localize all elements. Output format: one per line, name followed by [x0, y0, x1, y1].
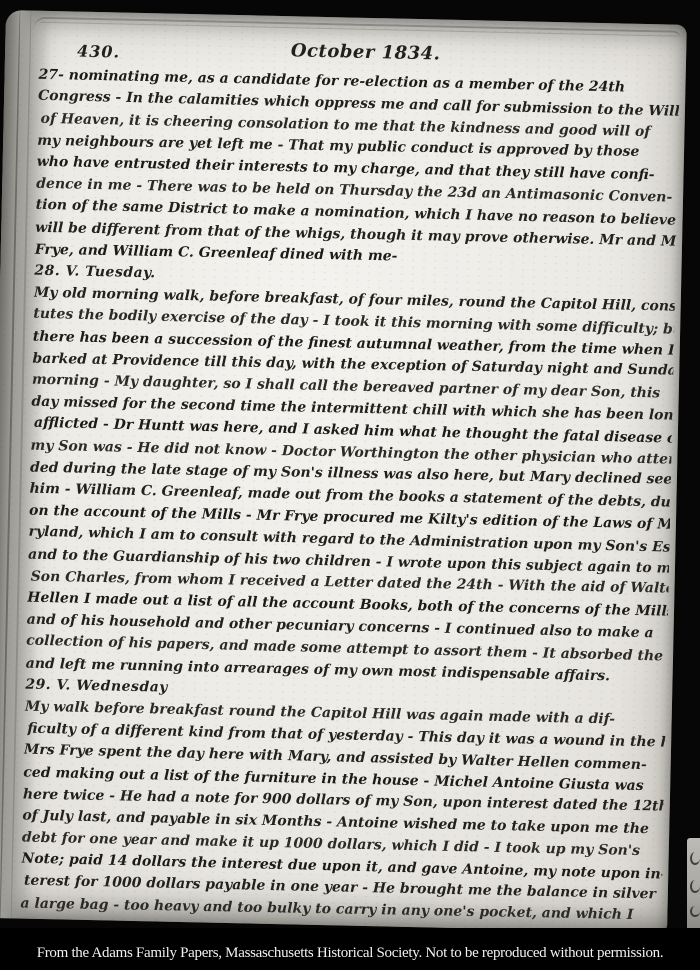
manuscript-text: 27- nominating me, as a candidate for re… — [20, 65, 679, 929]
credit-caption: From the Adams Family Papers, Massaschus… — [0, 942, 700, 964]
adjacent-page-writing-mark — [690, 852, 700, 865]
adjacent-page-writing-mark — [690, 906, 700, 917]
scanned-diary-photo: 430. October 1834. 27- nominating me, as… — [0, 0, 700, 970]
diary-page: 430. October 1834. 27- nominating me, as… — [0, 10, 687, 933]
adjacent-page-writing-mark — [690, 880, 700, 893]
adjacent-page-edge — [687, 838, 700, 935]
